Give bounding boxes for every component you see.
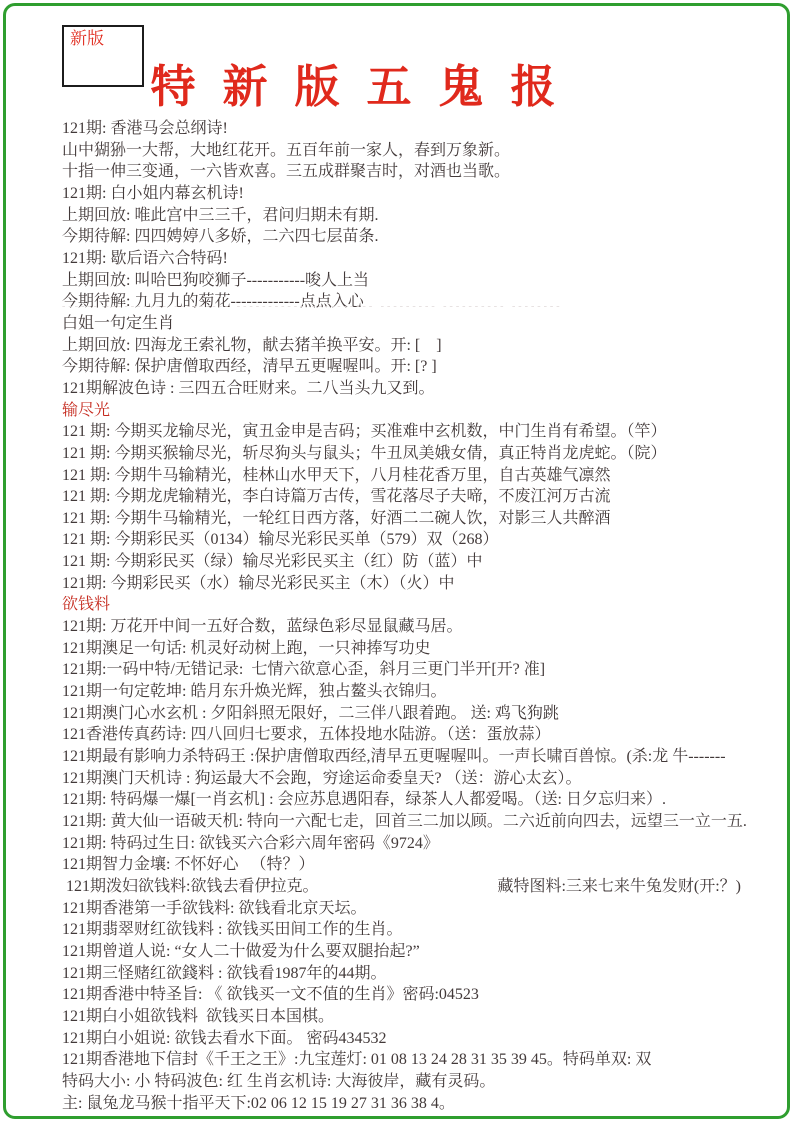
report-line: 上期回放: 叫哈巴狗咬狮子-----------唆人上当: [62, 270, 789, 292]
report-line-text: 欲钱料: [62, 594, 110, 616]
report-line-text: 上期回放: 叫哈巴狗咬狮子-----------唆人上当: [62, 270, 369, 292]
report-line-text: 山中猢狲一大帮，大地红花开。五百年前一家人，春到万象新。: [62, 140, 510, 162]
report-line: 121期澳门天机诗 : 狗运最大不会跑，穷途运命委皇天? （送：游心太玄）。: [62, 768, 789, 790]
report-line-text: 上期回放: 唯此宫中三三千，君问归期未有期.: [62, 205, 378, 227]
report-line-text: 121 期: 今期牛马输精光，一轮红日西方落，好酒二二碗人饮，对影三人共醉酒: [62, 508, 610, 530]
report-line: 121期翡翠财红欲钱料 : 欲钱买田间工作的生肖。: [62, 919, 789, 941]
report-line-text: 121期:一码中特/无错记录: 七情六欲意心歪，斜月三更门半开[开? 准]: [62, 659, 545, 681]
report-line-text: 121期: 歇后语六合特码!: [62, 248, 228, 270]
report-line: 121期香港第一手欲钱料: 欲钱看北京天坛。: [62, 898, 789, 920]
report-line-text: 121 期: 今期彩民买（0134）输尽光彩民买单（579）双（268）: [62, 529, 498, 551]
report-line: 121期白小姐说: 欲钱去看水下面。 密码434532: [62, 1028, 789, 1050]
report-line-text: 输尽光: [62, 400, 110, 422]
report-line: 121期: 万花开中间一五好合数，蓝绿色彩尽显鼠藏马居。: [62, 616, 789, 638]
report-line: 121期三怪赌红欲錢料 : 欲钱看1987年的44期。: [62, 963, 789, 985]
report-line-text: 121期香港第一手欲钱料: 欲钱看北京天坛。: [62, 898, 366, 920]
report-line: 今期待解: 九月九的菊花-------------点点入心: [62, 291, 789, 313]
report-line-text: 121期澳门心水玄机 : 夕阳斜照无限好，二三伴八跟着跑。 送: 鸡飞狗跳: [62, 703, 559, 725]
report-line: 121 期: 今期买龙输尽光，寅丑金申是吉码；买准难中玄机数，中门生肖有希望。（…: [62, 421, 789, 443]
report-line: 121香港传真药诗: 四八回归七要求，五体投地水陆游。（送：蛋放蒜）: [62, 724, 789, 746]
report-line-text: 今期待解: 保护唐僧取西经，清早五更喔喔叫。开: [? ]: [62, 356, 437, 378]
badge-label: 新版: [64, 27, 142, 51]
report-line: 121期: 特码过生日: 欲钱买六合彩六周年密码《9724》: [62, 833, 789, 855]
report-line-text: 上期回放: 四海龙王索礼物，献去猪羊换平安。开: [ ]: [62, 335, 442, 357]
report-line: 121期: 特码爆一爆[一肖玄机] : 会应苏息遇阳春，绿茶人人都爱喝。（送: …: [62, 789, 789, 811]
report-line-text: 121期香港中特圣旨: 《 欲钱买一文不值的生肖》密码:04523: [62, 984, 479, 1006]
report-line-text: 121期智力金壤: 不怀好心 （特？）: [62, 854, 314, 876]
report-line-text: 121期: 白小姐内幕玄机诗!: [62, 183, 244, 205]
report-line: 白姐一句定生肖: [62, 313, 789, 335]
report-line: 121期智力金壤: 不怀好心 （特？）: [62, 854, 789, 876]
report-line-text: 今期待解: 九月九的菊花-------------点点入心: [62, 291, 364, 313]
report-line: 欲钱料: [62, 594, 789, 616]
report-line-text: 121期白小姐说: 欲钱去看水下面。 密码434532: [62, 1028, 386, 1050]
report-line: 上期回放: 唯此宫中三三千，君问归期未有期.: [62, 205, 789, 227]
report-line: 121期最有影响力杀特码王 :保护唐僧取西经,清早五更喔喔叫。一声长啸百兽惊。(…: [62, 746, 789, 768]
report-line-text: 121 期: 今期买龙输尽光，寅丑金申是吉码；买准难中玄机数，中门生肖有希望。（…: [62, 421, 666, 443]
report-page: 新版 特新版五鬼报 ------ ---------- --------- --…: [0, 0, 793, 1122]
page-title: 特新版五鬼报: [0, 50, 763, 115]
report-line-text: 121期: 香港马会总纲诗!: [62, 118, 228, 140]
report-line-text: 特码大小: 小 特码波色: 红 生肖玄机诗: 大海彼岸，藏有灵码。: [62, 1071, 495, 1093]
report-line-text: 十指一伸三变通，一六皆欢喜。三五成群聚吉时，对酒也当歌。: [62, 161, 510, 183]
report-line: 上期回放: 四海龙王索礼物，献去猪羊换平安。开: [ ]: [62, 335, 789, 357]
report-line: 121期解波色诗 : 三四五合旺财来。二八当头九又到。: [62, 378, 789, 400]
report-line: 121期: 香港马会总纲诗!: [62, 118, 789, 140]
report-line: 121期: 黄大仙一语破天机: 特向一六配七走，回首三二加以顾。二六近前向四去，…: [62, 811, 789, 833]
report-line: 121期香港地下信封《千王之王》:九宝莲灯: 01 08 13 24 28 31…: [62, 1049, 789, 1071]
report-line: 121 期: 今期彩民买（0134）输尽光彩民买单（579）双（268）: [62, 529, 789, 551]
report-line-text: 121期: 万花开中间一五好合数，蓝绿色彩尽显鼠藏马居。: [62, 616, 462, 638]
report-line: 121期: 今期彩民买（水）输尽光彩民买主（木）（火）中: [62, 573, 789, 595]
report-line: 121期一句定乾坤: 皓月东升焕光辉，独占鳌头衣锦归。: [62, 681, 789, 703]
report-line: 121期: 歇后语六合特码!: [62, 248, 789, 270]
report-line-text: 121期解波色诗 : 三四五合旺财来。二八当头九又到。: [62, 378, 434, 400]
report-line: 121期: 白小姐内幕玄机诗!: [62, 183, 789, 205]
report-line: 121 期: 今期牛马输精光，桂林山水甲天下，八月桂花香万里，自古英雄气凛然: [62, 465, 789, 487]
report-line-text: 121期: 特码爆一爆[一肖玄机] : 会应苏息遇阳春，绿茶人人都爱喝。（送: …: [62, 789, 666, 811]
report-line: 特码大小: 小 特码波色: 红 生肖玄机诗: 大海彼岸，藏有灵码。: [62, 1071, 789, 1093]
report-line-text: 121期翡翠财红欲钱料 : 欲钱买田间工作的生肖。: [62, 919, 402, 941]
report-line: 121 期: 今期龙虎输精光，李白诗篇万古传，雪花落尽子夫啼，不废江河万古流: [62, 486, 789, 508]
report-line: 121期曾道人说: “女人二十做爱为什么要双腿抬起?”: [62, 941, 789, 963]
report-line-text: 121 期: 今期彩民买（绿）输尽光彩民买主（红）防（蓝）中: [62, 551, 482, 573]
report-line-text: 121香港传真药诗: 四八回归七要求，五体投地水陆游。（送：蛋放蒜）: [62, 724, 550, 746]
report-line: 121期澳足一句话: 机灵好动树上跑，一只神捧写功史: [62, 638, 789, 660]
report-line: 输尽光: [62, 400, 789, 422]
report-body: ------ ---------- --------- ----------- …: [62, 118, 789, 1114]
report-line: 121 期: 今期买猴输尽光，斩尽狗头与鼠头；牛丑凤美娥女倩，真正特肖龙虎蛇。（…: [62, 443, 789, 465]
report-line-text: 121期: 黄大仙一语破天机: 特向一六配七走，回首三二加以顾。二六近前向四去，…: [62, 811, 747, 833]
report-line-text: 121期泼妇欲钱料:欲钱去看伊拉克。: [62, 876, 318, 898]
report-line-text: 121 期: 今期牛马输精光，桂林山水甲天下，八月桂花香万里，自古英雄气凛然: [62, 465, 610, 487]
report-line-text: 121期澳足一句话: 机灵好动树上跑，一只神捧写功史: [62, 638, 430, 660]
report-line: 121期白小姐欲钱料 欲钱买日本国棋。: [62, 1006, 789, 1028]
report-line-text: 121期曾道人说: “女人二十做爱为什么要双腿抬起?”: [62, 941, 420, 963]
report-line: 今期待解: 保护唐僧取西经，清早五更喔喔叫。开: [? ]: [62, 356, 789, 378]
report-line-text: 121 期: 今期买猴输尽光，斩尽狗头与鼠头；牛丑凤美娥女倩，真正特肖龙虎蛇。（…: [62, 443, 666, 465]
report-line-text: 121期白小姐欲钱料 欲钱买日本国棋。: [62, 1006, 334, 1028]
report-line-text: 主: 鼠兔龙马猴十指平天下:02 06 12 15 19 27 31 36 38…: [62, 1093, 455, 1115]
report-line: 主: 鼠兔龙马猴十指平天下:02 06 12 15 19 27 31 36 38…: [62, 1093, 789, 1115]
report-line-right-text: 藏特图料:三来七来牛兔发财(开:？): [497, 876, 789, 898]
report-line: 121 期: 今期彩民买（绿）输尽光彩民买主（红）防（蓝）中: [62, 551, 789, 573]
report-line: 121 期: 今期牛马输精光，一轮红日西方落，好酒二二碗人饮，对影三人共醉酒: [62, 508, 789, 530]
report-line: 121期香港中特圣旨: 《 欲钱买一文不值的生肖》密码:04523: [62, 984, 789, 1006]
report-line: 121期泼妇欲钱料:欲钱去看伊拉克。 藏特图料:三来七来牛兔发财(开:？): [62, 876, 789, 898]
report-line-text: 121 期: 今期龙虎输精光，李白诗篇万古传，雪花落尽子夫啼，不废江河万古流: [62, 486, 610, 508]
report-line: 121期:一码中特/无错记录: 七情六欲意心歪，斜月三更门半开[开? 准]: [62, 659, 789, 681]
report-line-text: 121期澳门天机诗 : 狗运最大不会跑，穷途运命委皇天? （送：游心太玄）。: [62, 768, 582, 790]
report-line-text: 121期: 特码过生日: 欲钱买六合彩六周年密码《9724》: [62, 833, 439, 855]
report-line-text: 今期待解: 四四娉婷八多娇，二六四七层苗条.: [62, 226, 378, 248]
report-line: 121期澳门心水玄机 : 夕阳斜照无限好，二三伴八跟着跑。 送: 鸡飞狗跳: [62, 703, 789, 725]
report-line-text: 121期香港地下信封《千王之王》:九宝莲灯: 01 08 13 24 28 31…: [62, 1049, 651, 1071]
report-line-text: 121期最有影响力杀特码王 :保护唐僧取西经,清早五更喔喔叫。一声长啸百兽惊。(…: [62, 746, 726, 768]
report-line: 山中猢狲一大帮，大地红花开。五百年前一家人，春到万象新。: [62, 140, 789, 162]
report-line-text: 121期三怪赌红欲錢料 : 欲钱看1987年的44期。: [62, 963, 386, 985]
report-line: 十指一伸三变通，一六皆欢喜。三五成群聚吉时，对酒也当歌。: [62, 161, 789, 183]
report-line-text: 121期: 今期彩民买（水）输尽光彩民买主（木）（火）中: [62, 573, 454, 595]
report-line-text: 白姐一句定生肖: [62, 313, 174, 335]
report-line-text: 121期一句定乾坤: 皓月东升焕光辉，独占鳌头衣锦归。: [62, 681, 446, 703]
report-line: 今期待解: 四四娉婷八多娇，二六四七层苗条.: [62, 226, 789, 248]
